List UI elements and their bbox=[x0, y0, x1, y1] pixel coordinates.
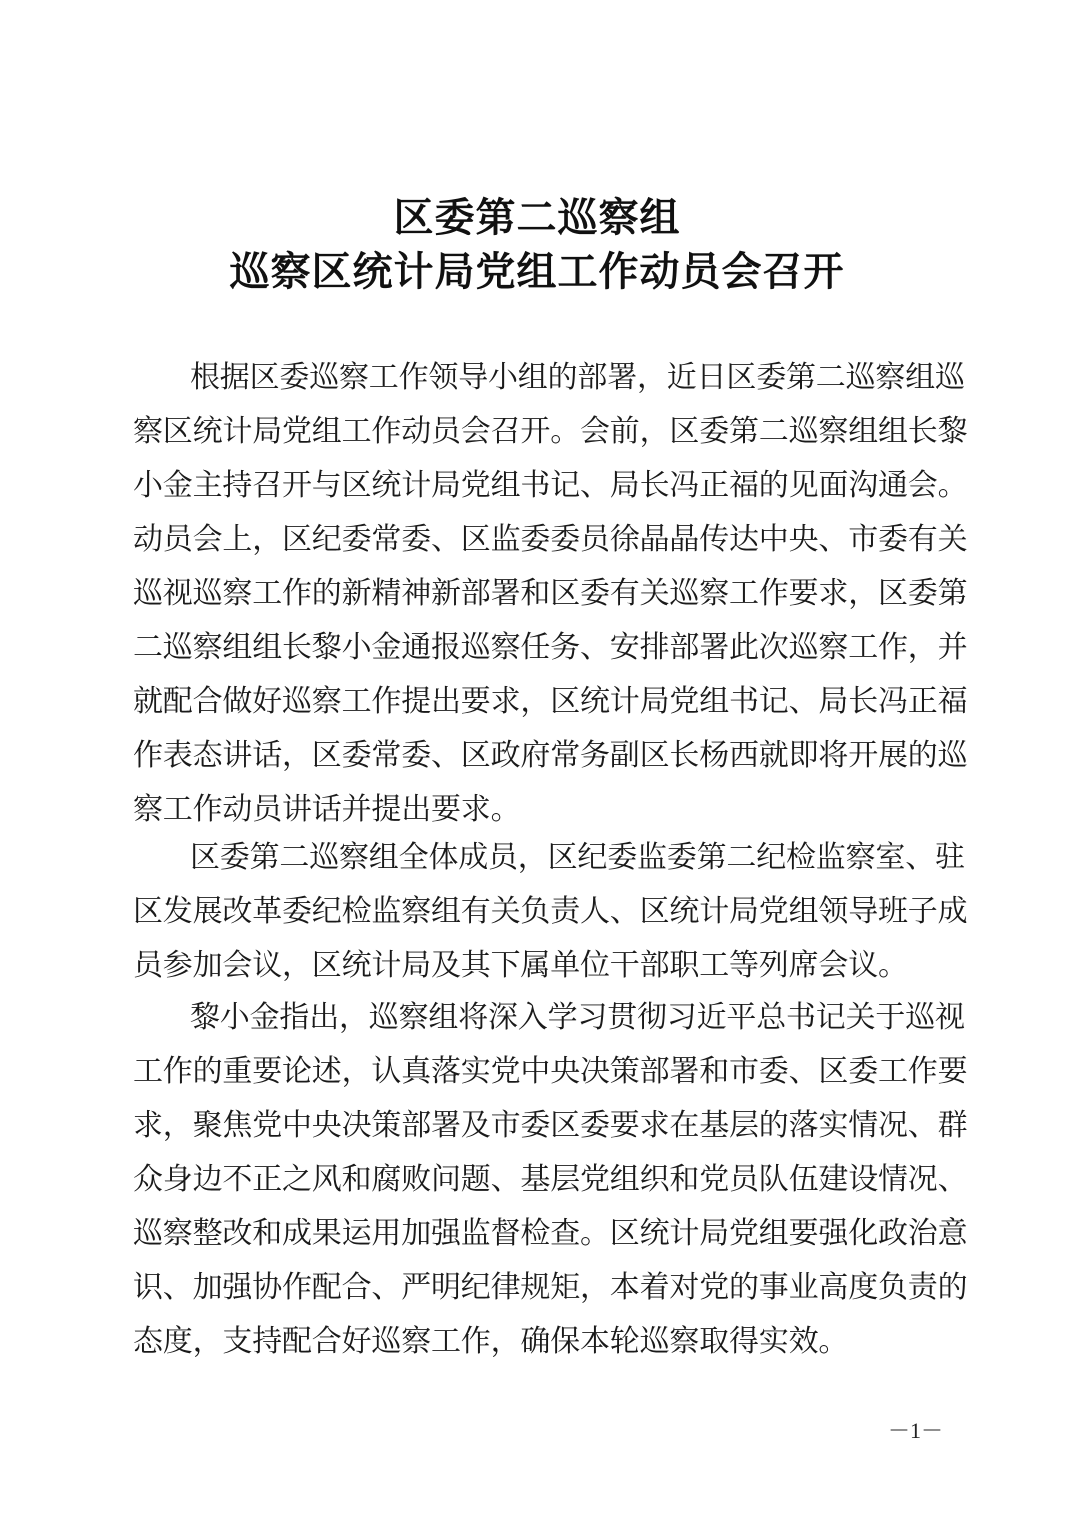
text-line: 求，聚焦党中央决策部署及市委区委要求在基层的落实情况、群 bbox=[133, 1106, 945, 1146]
text-line: 就配合做好巡察工作提出要求，区统计局党组书记、局长冯正福 bbox=[133, 682, 945, 722]
text-line: 员参加会议，区统计局及其下属单位干部职工等列席会议。 bbox=[133, 946, 945, 986]
title-line-2: 巡察区统计局党组工作动员会召开 bbox=[0, 240, 1074, 297]
text-line: 巡察整改和成果运用加强监督检查。区统计局党组要强化政治意 bbox=[133, 1214, 945, 1254]
text-line: 区委第二巡察组全体成员，区纪委监委第二纪检监察室、驻 bbox=[190, 838, 945, 878]
text-line: 作表态讲话，区委常委、区政府常务副区长杨西就即将开展的巡 bbox=[133, 736, 945, 776]
text-line: 察工作动员讲话并提出要求。 bbox=[133, 790, 945, 830]
page-number: －1－ bbox=[888, 1414, 943, 1445]
text-line: 小金主持召开与区统计局党组书记、局长冯正福的见面沟通会。 bbox=[133, 466, 945, 506]
text-line: 二巡察组组长黎小金通报巡察任务、安排部署此次巡察工作，并 bbox=[133, 628, 945, 668]
text-line: 根据区委巡察工作领导小组的部署，近日区委第二巡察组巡 bbox=[190, 358, 945, 398]
text-line: 动员会上，区纪委常委、区监委委员徐晶晶传达中央、市委有关 bbox=[133, 520, 945, 560]
text-line: 区发展改革委纪检监察组有关负责人、区统计局党组领导班子成 bbox=[133, 892, 945, 932]
text-line: 识、加强协作配合、严明纪律规矩，本着对党的事业高度负责的 bbox=[133, 1268, 945, 1308]
title-line-1: 区委第二巡察组 bbox=[0, 186, 1074, 243]
text-line: 态度，支持配合好巡察工作，确保本轮巡察取得实效。 bbox=[133, 1322, 945, 1362]
text-line: 察区统计局党组工作动员会召开。会前，区委第二巡察组组长黎 bbox=[133, 412, 945, 452]
document-page: 区委第二巡察组 巡察区统计局党组工作动员会召开 根据区委巡察工作领导小组的部署，… bbox=[0, 0, 1074, 1520]
text-line: 黎小金指出，巡察组将深入学习贯彻习近平总书记关于巡视 bbox=[190, 998, 945, 1038]
text-line: 巡视巡察工作的新精神新部署和区委有关巡察工作要求，区委第 bbox=[133, 574, 945, 614]
text-line: 众身边不正之风和腐败问题、基层党组织和党员队伍建设情况、 bbox=[133, 1160, 945, 1200]
text-line: 工作的重要论述，认真落实党中央决策部署和市委、区委工作要 bbox=[133, 1052, 945, 1092]
